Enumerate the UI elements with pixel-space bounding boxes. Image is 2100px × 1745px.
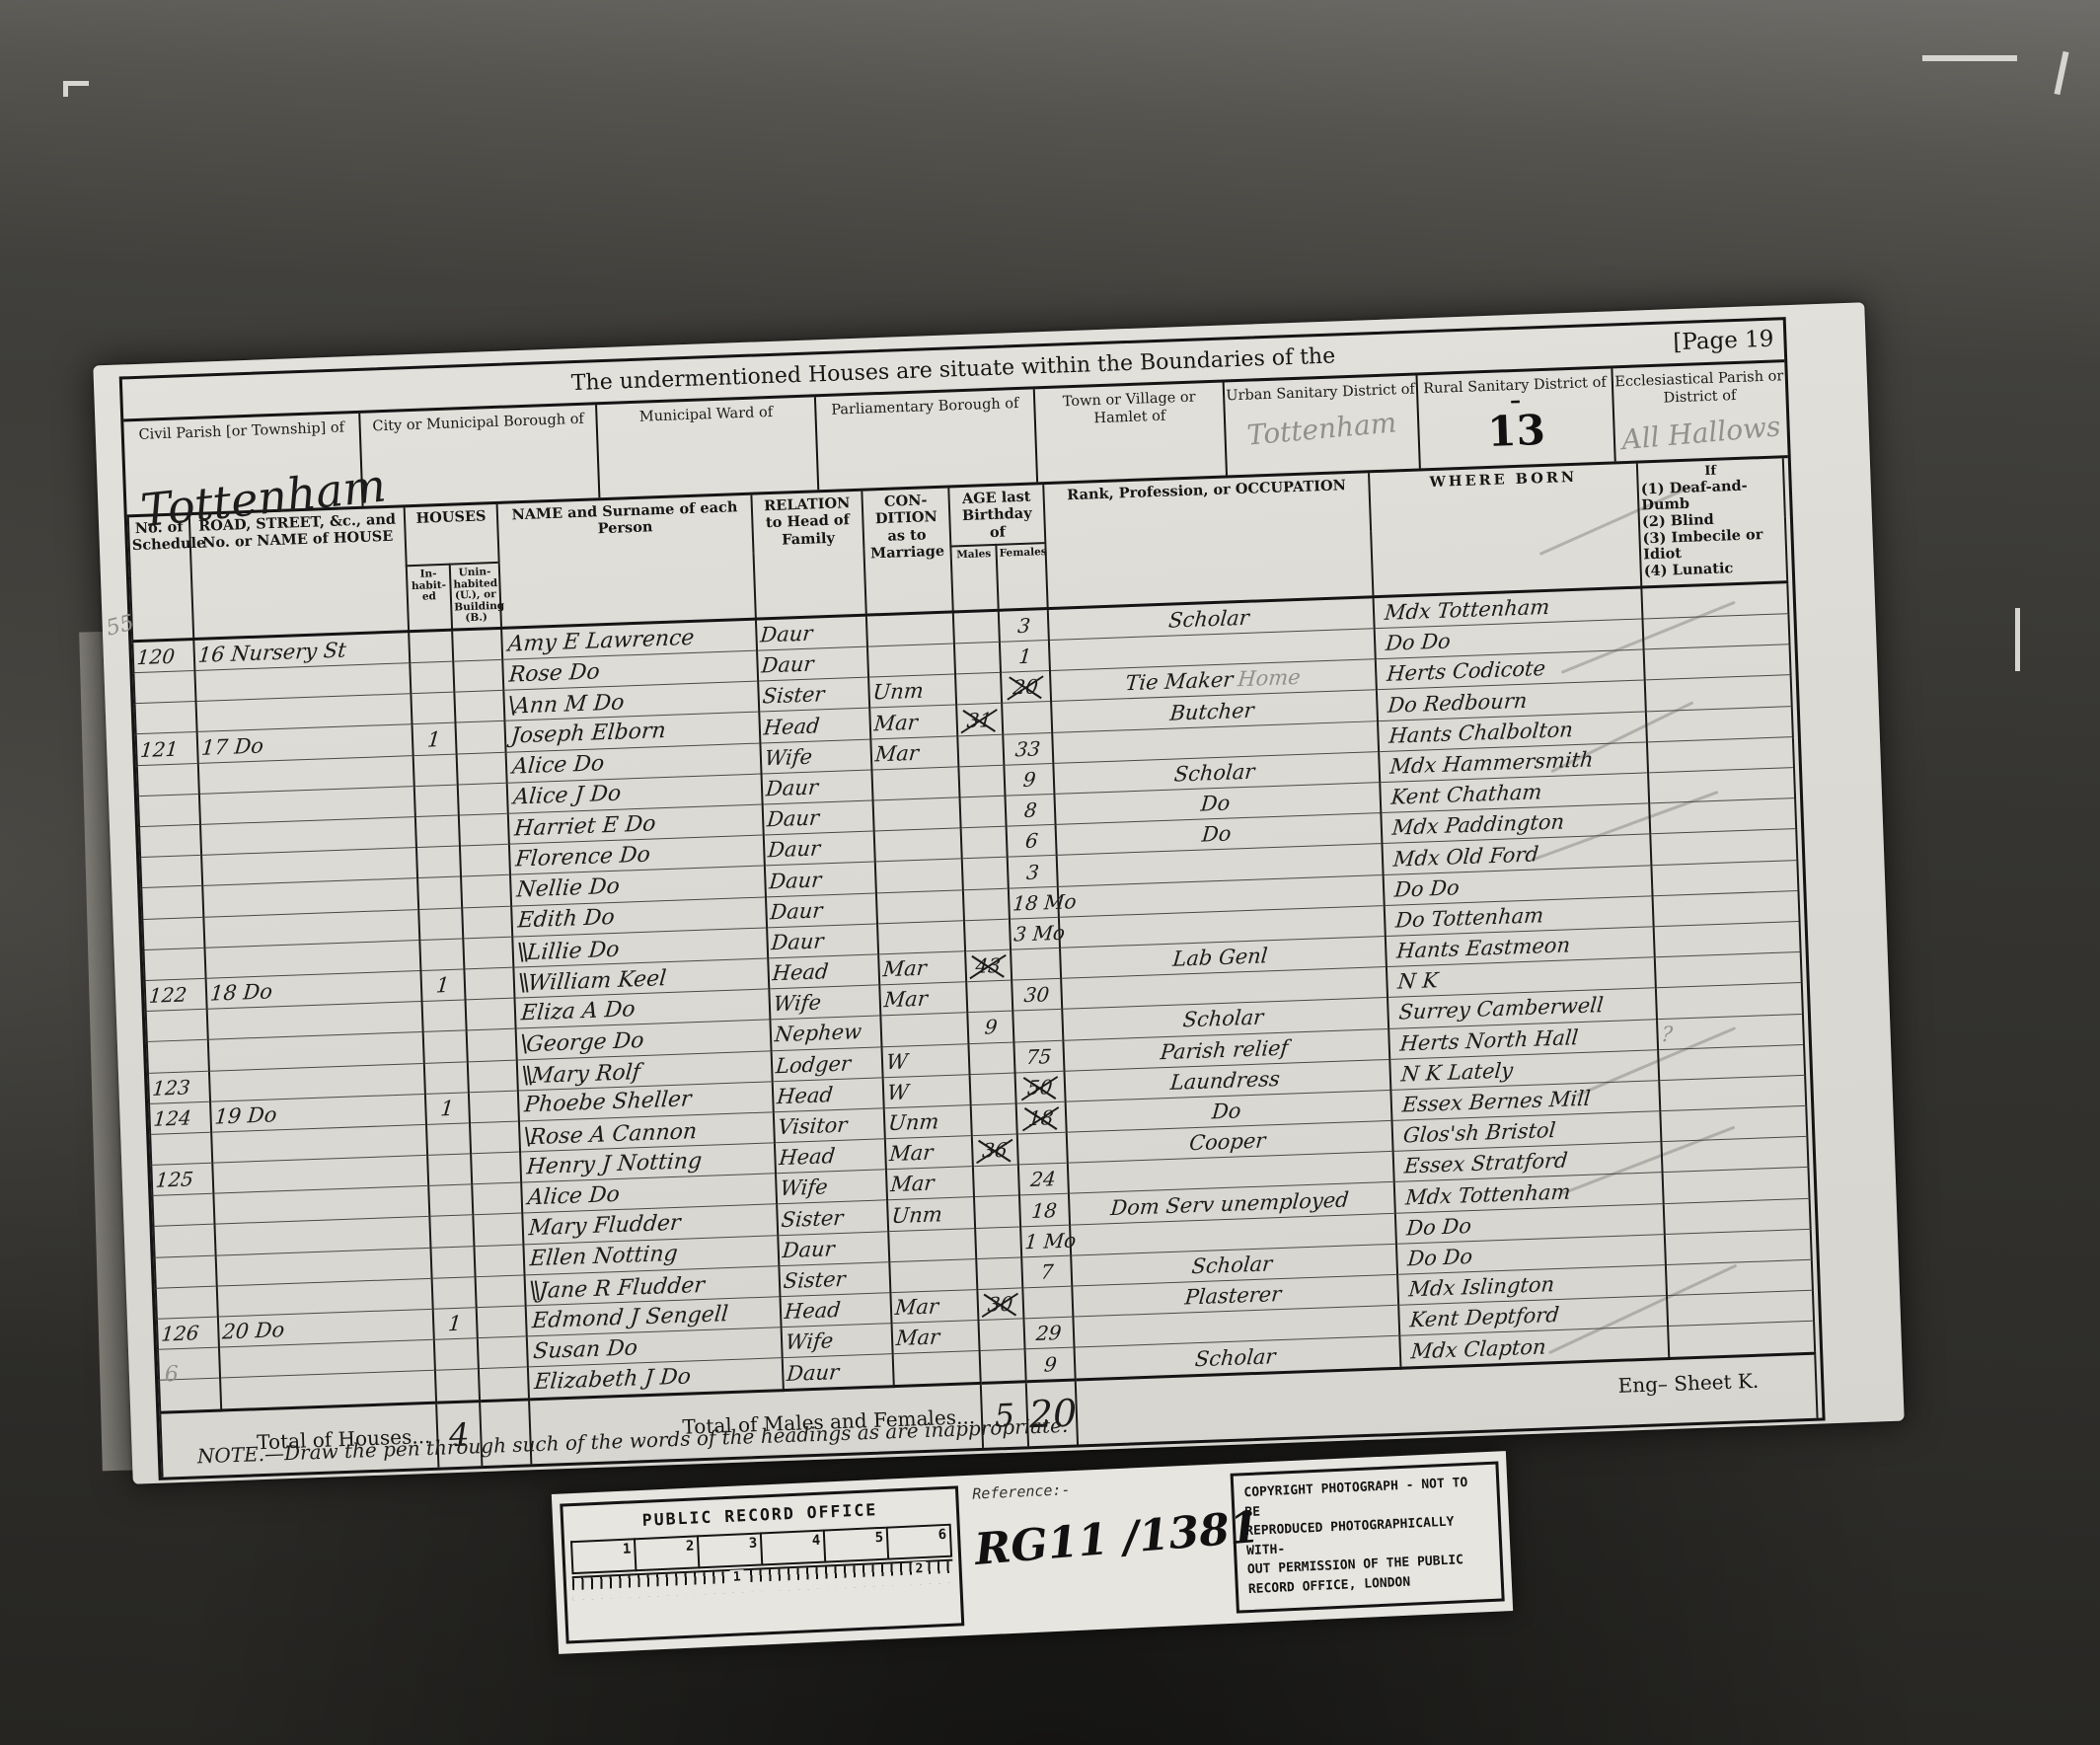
photo-corner-mark-top-left-tick — [63, 81, 68, 97]
age-male-cell: 43 — [965, 949, 1012, 982]
relation-cell: Daur — [766, 893, 877, 928]
relation-cell: Daur — [778, 1231, 889, 1265]
age-female-cell: 18 — [1019, 1194, 1070, 1227]
infirmity-cell — [1641, 582, 1788, 619]
schedule-number-cell — [150, 1132, 212, 1165]
photo-edge-mark-right — [2015, 608, 2020, 671]
col-where-born: WHERE BORN — [1369, 464, 1641, 597]
age-female-cell: 30 — [1012, 978, 1062, 1011]
age-male-cell — [960, 796, 1007, 828]
col-females: Females — [996, 543, 1047, 610]
form-note: NOTE.—Draw the pen through such of the w… — [196, 1413, 1068, 1469]
page-number: [Page 19 — [1673, 327, 1774, 356]
inhabited-cell — [413, 754, 458, 787]
field-parliamentary-borough: Parliamentary Borough of — [816, 389, 1038, 490]
age-female-cell: 8 — [1005, 794, 1055, 826]
inhabited-cell: 1 — [425, 1093, 470, 1125]
uninhabited-cell — [464, 967, 514, 1000]
col-condition: CON-DITION as to Marriage — [862, 489, 952, 615]
age-male-cell — [966, 980, 1012, 1013]
relation-cell: Nephew — [770, 1016, 881, 1050]
schedule-number-cell: 122 — [145, 978, 207, 1011]
relation-cell: Wife — [760, 739, 871, 774]
inhabited-cell — [422, 1000, 467, 1032]
field-label: Civil Parish [or Township] of — [138, 419, 344, 442]
uninhabited-cell — [476, 1275, 526, 1308]
condition-cell: Mar — [890, 1290, 978, 1324]
schedule-number-cell — [152, 1193, 214, 1226]
uninhabited-cell — [461, 875, 511, 908]
census-page: 55 6 The undermentioned Houses are situa… — [93, 302, 1904, 1484]
age-male-cell — [976, 1257, 1022, 1290]
schedule-number-cell: 124 — [149, 1101, 211, 1134]
col-infirmities: If (1) Deaf-and-Dumb (2) Blind (3) Imbec… — [1637, 458, 1787, 587]
uninhabited-cell — [458, 783, 508, 815]
condition-cell — [876, 889, 964, 923]
inhabited-cell — [429, 1215, 474, 1248]
inhabited-cell — [418, 908, 463, 941]
age-female-cell: 1 Mo — [1020, 1225, 1071, 1257]
tick-mark: \ — [507, 692, 512, 720]
condition-cell: W — [883, 1074, 971, 1107]
uninhabited-cell — [454, 691, 504, 723]
condition-cell: Mar — [892, 1321, 980, 1354]
inhabited-cell: 1 — [412, 723, 457, 756]
condition-cell: Mar — [886, 1167, 974, 1200]
tick-mark: \\ — [529, 1276, 538, 1304]
field-rural-sanitary: Rural Sanitary District of – 13 — [1418, 368, 1616, 468]
age-male-cell — [978, 1319, 1024, 1351]
condition-cell: Unm — [887, 1197, 975, 1231]
relation-cell: Sister — [777, 1200, 888, 1235]
condition-cell — [873, 797, 961, 831]
age-male-cell — [964, 919, 1011, 951]
uninhabited-cell — [457, 752, 507, 785]
reference-value: RG11 /1381 — [973, 1505, 1223, 1575]
uninhabited-cell — [478, 1336, 528, 1369]
condition-cell — [880, 1013, 968, 1046]
pencil-annotation: Home — [1237, 665, 1302, 691]
condition-cell: Mar — [879, 982, 967, 1016]
tick-mark: \\ — [521, 1061, 530, 1089]
schedule-number-cell — [143, 948, 205, 980]
age-female-cell: 9 — [1025, 1347, 1076, 1381]
age-male-cell — [958, 765, 1005, 797]
schedule-number-cell: 126 — [157, 1317, 219, 1349]
age-female-cell: 1 — [1000, 641, 1050, 673]
age-male-cell — [973, 1165, 1019, 1197]
age-male-cell — [970, 1073, 1016, 1105]
schedule-number-cell — [154, 1225, 216, 1257]
census-table: No. of Schedule ROAD, STREET, &c., and N… — [127, 458, 1819, 1477]
relation-cell: Daur — [767, 924, 878, 958]
uninhabited-cell — [474, 1245, 524, 1277]
age-male-cell — [971, 1103, 1017, 1136]
engraver-sheet-label: Eng– Sheet K. — [1617, 1369, 1759, 1398]
pencil-totals-margin: 6 — [164, 1362, 179, 1387]
age-male-cell — [961, 826, 1008, 859]
age-male-cell — [975, 1227, 1021, 1259]
field-label: City or Municipal Borough of — [372, 412, 584, 435]
field-label: Parliamentary Borough of — [831, 396, 1019, 418]
condition-cell: Mar — [885, 1136, 973, 1170]
copyright-text: COPYRIGHT PHOTOGRAPH - NOT TO BE REPRODU… — [1243, 1473, 1491, 1599]
age-female-cell: 6 — [1007, 825, 1057, 858]
age-female-cell — [1002, 702, 1052, 734]
field-ecclesiastical-parish: Ecclesiastical Parish or District of All… — [1612, 362, 1787, 461]
uninhabited-cell — [462, 906, 512, 939]
uninhabited-cell — [467, 1028, 517, 1061]
relation-cell: Daur — [756, 615, 867, 650]
census-rows: 120 16 Nursery St Amy E Lawrence Daur 3 … — [132, 582, 1815, 1412]
condition-cell: W — [881, 1043, 969, 1077]
inhabited-cell — [411, 692, 455, 724]
age-female-cell: 18 Mo — [1009, 886, 1059, 919]
age-male-cell: 31 — [956, 704, 1003, 736]
col-uninhabited: Unin-habited (U.), or Building (B.) — [450, 563, 501, 630]
age-female-cell: 3 — [999, 608, 1049, 642]
age-male-cell: 9 — [967, 1011, 1013, 1043]
age-male-cell: 36 — [972, 1134, 1018, 1167]
schedule-number-cell: 125 — [151, 1163, 213, 1195]
inhabited-cell — [410, 661, 454, 694]
age-male-cell — [980, 1349, 1026, 1383]
photo-corner-mark-top-right — [1922, 55, 2017, 61]
col-inhabited: In-habit-ed — [407, 565, 452, 632]
age-male-cell — [954, 642, 1001, 674]
age-male-cell: 30 — [977, 1288, 1023, 1321]
inhabited-cell — [414, 785, 459, 817]
schedule-number-cell — [142, 917, 204, 949]
pro-reference-area: Reference:- RG11 /1381 — [972, 1474, 1225, 1625]
inhabited-cell — [432, 1277, 477, 1310]
tick-mark: \ — [520, 1030, 525, 1058]
age-female-cell — [1017, 1132, 1068, 1165]
relation-cell: Daur — [757, 646, 868, 681]
inhabited-cell: 1 — [433, 1308, 478, 1340]
census-photograph: { "page": { "page_label": "[Page 19", "t… — [0, 0, 2100, 1745]
schedule-number-cell — [140, 856, 202, 888]
col-occupation: Rank, Profession, or OCCUPATION — [1043, 473, 1373, 608]
tick-mark: \\ — [517, 968, 526, 996]
tick-mark: \ — [523, 1122, 528, 1150]
field-city-borough: City or Municipal Borough of — [360, 405, 600, 506]
inhabited-cell — [424, 1061, 469, 1094]
census-form: The undermentioned Houses are situate wi… — [119, 317, 1826, 1479]
col-name: NAME and Surname of each Person — [497, 495, 756, 629]
schedule-number-cell — [133, 671, 195, 704]
ruler-number: 2 — [912, 1561, 926, 1577]
inhabited-cell — [430, 1246, 475, 1278]
uninhabited-cell — [471, 1152, 521, 1184]
scale-cell: 3 — [697, 1533, 761, 1569]
relation-cell: Head — [759, 709, 870, 743]
uninhabited-cell — [469, 1091, 519, 1123]
field-label: Town or Village or Hamlet of — [1063, 390, 1196, 427]
condition-cell — [871, 767, 959, 800]
age-female-cell: 20 — [1001, 671, 1051, 704]
scale-cell: 1 — [570, 1538, 635, 1574]
age-female-cell: 7 — [1021, 1255, 1072, 1288]
urban-sanitary-value: Tottenham — [1225, 404, 1418, 455]
age-female-cell: 3 — [1008, 856, 1058, 888]
uninhabited-cell — [455, 721, 505, 754]
condition-cell — [877, 921, 965, 954]
age-male-cell — [962, 858, 1009, 890]
relation-cell: Daur — [765, 862, 876, 896]
inhabited-cell — [435, 1369, 480, 1403]
condition-cell: Unm — [868, 674, 956, 708]
age-male-cell — [957, 734, 1004, 767]
field-label: Urban Sanitary District of — [1226, 382, 1415, 405]
inhabited-cell — [416, 846, 461, 878]
relation-cell: Wife — [769, 985, 880, 1020]
inhabited-cell — [419, 939, 464, 971]
field-label: Municipal Ward of — [639, 405, 774, 425]
condition-cell — [866, 612, 954, 646]
relation-cell: Visitor — [774, 1108, 885, 1143]
schedule-number-cell — [139, 824, 201, 857]
condition-cell: Mar — [870, 736, 958, 770]
schedule-number-cell: 123 — [148, 1071, 210, 1103]
inhabited-cell — [428, 1184, 473, 1217]
uninhabited-cell — [463, 937, 513, 969]
col-relation: RELATION to Head of Family — [751, 492, 865, 619]
condition-cell — [875, 859, 963, 892]
schedule-number-cell — [135, 702, 197, 734]
schedule-number-cell — [155, 1255, 217, 1288]
schedule-number-cell: 121 — [136, 732, 198, 765]
age-male-cell — [953, 610, 1000, 644]
scale-cell: 6 — [886, 1524, 952, 1560]
infirmities-list: (1) Deaf-and-Dumb (2) Blind (3) Imbecile… — [1641, 477, 1784, 580]
age-female-cell: 50 — [1015, 1071, 1066, 1103]
age-female-cell — [1012, 1010, 1063, 1042]
age-female-cell: 75 — [1013, 1040, 1064, 1073]
condition-cell: Mar — [869, 705, 957, 738]
relation-cell: Wife — [782, 1324, 893, 1358]
col-age-group: AGE last Birthday of — [948, 485, 1045, 547]
uninhabited-cell — [460, 844, 510, 876]
rural-sanitary-stamp: 13 — [1419, 403, 1614, 461]
uninhabited-cell — [466, 998, 516, 1030]
uninhabited-cell — [470, 1121, 520, 1154]
inhabited-cell — [423, 1030, 468, 1063]
schedule-number-cell — [141, 886, 203, 919]
col-houses-group: HOUSES — [405, 504, 499, 566]
condition-cell — [867, 644, 955, 677]
field-municipal-ward: Municipal Ward of — [597, 397, 819, 497]
age-female-cell: 18 — [1016, 1101, 1067, 1134]
schedule-number-cell — [137, 763, 199, 796]
schedule-number-cell — [138, 794, 200, 826]
schedule-number-cell — [146, 1009, 208, 1041]
condition-cell: Mar — [878, 951, 966, 985]
age-female-cell: 9 — [1004, 763, 1054, 796]
relation-cell: Sister — [779, 1262, 890, 1297]
uninhabited-cell — [477, 1306, 527, 1338]
inhabited-cell — [417, 876, 462, 909]
relation-cell: Daur — [762, 770, 873, 804]
schedule-number-cell: 120 — [132, 639, 194, 672]
photo-corner-mark-top-right-tick — [2054, 51, 2068, 95]
relation-cell: Head — [768, 954, 879, 989]
relation-cell: Head — [773, 1078, 884, 1112]
uninhabited-cell — [473, 1213, 523, 1246]
age-male-cell — [963, 888, 1010, 921]
schedule-number-cell — [147, 1040, 209, 1073]
uninhabited-cell — [459, 813, 509, 846]
condition-cell — [888, 1228, 976, 1261]
uninhabited-cell — [453, 659, 503, 692]
age-female-cell: 33 — [1003, 732, 1053, 765]
age-female-cell: 29 — [1023, 1317, 1074, 1349]
field-urban-sanitary: Urban Sanitary District of Tottenham — [1225, 375, 1421, 475]
inhabited-cell — [434, 1338, 479, 1371]
pro-copyright-box: COPYRIGHT PHOTOGRAPH - NOT TO BE REPRODU… — [1231, 1461, 1505, 1613]
age-male-cell — [968, 1042, 1014, 1075]
relation-cell: Wife — [776, 1170, 887, 1204]
relation-cell: Head — [780, 1293, 891, 1328]
relation-cell: Sister — [758, 677, 869, 712]
age-male-cell — [974, 1195, 1020, 1228]
relation-cell: Daur — [763, 800, 874, 835]
uninhabited-cell — [468, 1060, 518, 1093]
scale-cell: 5 — [823, 1527, 887, 1563]
relation-cell: Daur — [783, 1354, 894, 1390]
field-town-village: Town or Village or Hamlet of — [1035, 382, 1228, 482]
scale-cell: 4 — [760, 1530, 824, 1566]
field-civil-parish: Civil Parish [or Township] of Tottenham — [123, 414, 363, 515]
pro-scale-box: PUBLIC RECORD OFFICE 123456 1 2 — [560, 1485, 964, 1643]
condition-cell: Unm — [884, 1105, 972, 1139]
inhabited-cell — [415, 815, 460, 848]
condition-cell — [893, 1351, 981, 1386]
age-female-cell: 3 Mo — [1010, 917, 1060, 949]
ruler-number: 1 — [729, 1569, 743, 1585]
inhabited-cell — [427, 1154, 472, 1186]
inhabited-cell — [426, 1123, 471, 1156]
col-males: Males — [950, 545, 998, 612]
schedule-number-cell — [156, 1286, 218, 1319]
uninhabited-cell — [472, 1182, 522, 1215]
public-record-office-label: PUBLIC RECORD OFFICE 123456 1 2 Referenc… — [552, 1451, 1513, 1654]
relation-cell: Lodger — [772, 1046, 883, 1081]
age-female-cell — [1011, 948, 1061, 980]
tick-mark: \\ — [516, 938, 525, 965]
infirmity-cell — [1668, 1322, 1815, 1358]
uninhabited-cell — [452, 628, 502, 661]
field-label: Ecclesiastical Parish or District of — [1614, 368, 1784, 406]
scale-cell: 2 — [634, 1535, 698, 1571]
ecclesiastical-parish-value: All Hallows — [1614, 409, 1788, 458]
uninhabited-cell — [479, 1367, 529, 1401]
age-female-cell: 24 — [1018, 1163, 1069, 1195]
reference-label: Reference:- — [972, 1474, 1220, 1502]
relation-cell: Daur — [764, 831, 875, 866]
inhabited-cell: 1 — [420, 969, 465, 1002]
relation-cell: Head — [775, 1139, 886, 1174]
inhabited-cell — [409, 630, 453, 663]
condition-cell — [874, 828, 962, 862]
age-female-cell — [1022, 1286, 1073, 1319]
condition-cell — [889, 1258, 977, 1292]
age-male-cell — [955, 673, 1002, 706]
